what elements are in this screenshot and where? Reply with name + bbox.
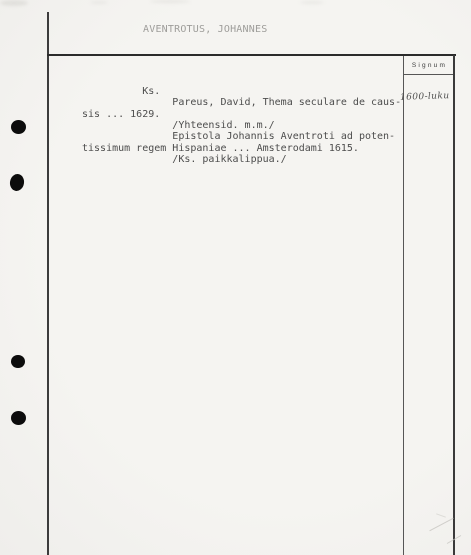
signum-column-header: Signum xyxy=(403,56,454,74)
body-line: /Ks. paikkalippua./ xyxy=(82,154,401,165)
scan-smudge xyxy=(90,1,108,4)
pencil-stroke xyxy=(429,518,453,532)
signum-handwritten-value: 1600-luku xyxy=(400,91,450,103)
body-line: sis ... 1629. xyxy=(82,109,401,120)
body-line: /Yhteensid. m.m./ xyxy=(82,120,401,131)
pencil-stroke xyxy=(436,513,446,517)
hole-punch-mark xyxy=(11,411,26,425)
hole-punch-mark xyxy=(11,355,25,369)
catalog-card-scan: AVENTROTUS, JOHANNES Signum 1600-luku Ks… xyxy=(0,0,471,555)
body-line: Epistola Johannis Aventroti ad poten- xyxy=(82,131,401,142)
card-body-text: Ks. Pareus, David, Thema seculare de cau… xyxy=(82,86,401,165)
hole-punch-mark xyxy=(11,120,26,134)
card-top-rule xyxy=(47,54,456,56)
hole-punch-mark xyxy=(9,172,26,191)
scan-smudge xyxy=(300,1,324,4)
body-line: Ks. xyxy=(82,86,401,97)
scan-smudge xyxy=(0,0,28,6)
signum-column-left-rule xyxy=(403,56,404,555)
card-right-rule xyxy=(453,55,455,555)
card-left-edge-rule xyxy=(47,12,49,555)
scan-smudge xyxy=(150,0,190,3)
card-heading: AVENTROTUS, JOHANNES xyxy=(143,24,267,35)
signum-header-bottom-rule xyxy=(404,74,453,75)
body-line: tissimum regem Hispaniae ... Amsterodami… xyxy=(82,143,401,154)
body-line: Pareus, David, Thema seculare de caus- xyxy=(82,97,401,108)
